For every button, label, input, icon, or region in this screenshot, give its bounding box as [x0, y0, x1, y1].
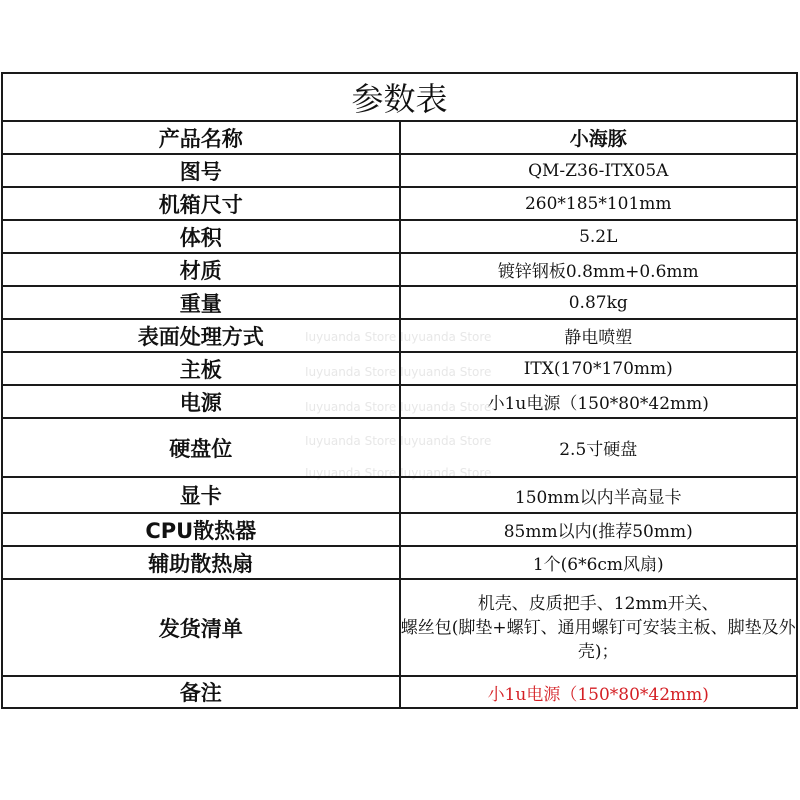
- row-value-aux-fan: 1个(6*6cm风扇): [400, 546, 798, 579]
- row-label-cpu-cooler: CPU散热器: [2, 513, 400, 546]
- table-row: 发货清单 机壳、皮质把手、12mm开关、 螺丝包(脚垫+螺钉、通用螺钉可安装主板…: [2, 579, 797, 676]
- row-value-product-name: 小海豚: [400, 121, 798, 154]
- row-label-surface-treatment: 表面处理方式: [2, 319, 400, 352]
- row-value-remarks: 小1u电源（150*80*42mm): [400, 676, 798, 708]
- table-row: CPU散热器 85mm以内(推荐50mm): [2, 513, 797, 546]
- row-label-package-contents: 发货清单: [2, 579, 400, 676]
- row-value-volume: 5.2L: [400, 220, 798, 253]
- row-label-case-size: 机箱尺寸: [2, 187, 400, 220]
- table-row: 材质 镀锌钢板0.8mm+0.6mm: [2, 253, 797, 286]
- row-label-volume: 体积: [2, 220, 400, 253]
- row-value-case-size: 260*185*101mm: [400, 187, 798, 220]
- spec-table: 参数表 产品名称 小海豚 图号 QM-Z36-ITX05A 机箱尺寸 260*1…: [1, 72, 798, 709]
- row-value-surface-treatment: 静电喷塑: [400, 319, 798, 352]
- table-row: 产品名称 小海豚: [2, 121, 797, 154]
- table-row: 体积 5.2L: [2, 220, 797, 253]
- title-row: 参数表: [2, 73, 797, 121]
- row-label-model-number: 图号: [2, 154, 400, 187]
- row-label-remarks: 备注: [2, 676, 400, 708]
- table-row: 主板 ITX(170*170mm): [2, 352, 797, 385]
- row-value-drive-bay: 2.5寸硬盘: [400, 418, 798, 477]
- table-row: 图号 QM-Z36-ITX05A: [2, 154, 797, 187]
- table-title: 参数表: [2, 73, 797, 121]
- table-row: 电源 小1u电源（150*80*42mm): [2, 385, 797, 418]
- row-value-motherboard: ITX(170*170mm): [400, 352, 798, 385]
- package-contents-line-2: 螺丝包(脚垫+螺钉、通用螺钉可安装主板、脚垫及外壳)；: [401, 616, 797, 664]
- row-label-material: 材质: [2, 253, 400, 286]
- row-label-power-supply: 电源: [2, 385, 400, 418]
- table-row: 重量 0.87kg: [2, 286, 797, 319]
- package-contents-line-1: 机壳、皮质把手、12mm开关、: [401, 592, 797, 616]
- table-row: 表面处理方式 静电喷塑: [2, 319, 797, 352]
- table-row: 辅助散热扇 1个(6*6cm风扇): [2, 546, 797, 579]
- table-row: 硬盘位 2.5寸硬盘: [2, 418, 797, 477]
- row-label-motherboard: 主板: [2, 352, 400, 385]
- row-value-graphics-card: 150mm以内半高显卡: [400, 477, 798, 513]
- row-label-product-name: 产品名称: [2, 121, 400, 154]
- table-row: 机箱尺寸 260*185*101mm: [2, 187, 797, 220]
- table-row: 备注 小1u电源（150*80*42mm): [2, 676, 797, 708]
- row-label-aux-fan: 辅助散热扇: [2, 546, 400, 579]
- row-label-drive-bay: 硬盘位: [2, 418, 400, 477]
- table-row: 显卡 150mm以内半高显卡: [2, 477, 797, 513]
- row-value-cpu-cooler: 85mm以内(推荐50mm): [400, 513, 798, 546]
- row-value-package-contents: 机壳、皮质把手、12mm开关、 螺丝包(脚垫+螺钉、通用螺钉可安装主板、脚垫及外…: [400, 579, 798, 676]
- row-label-graphics-card: 显卡: [2, 477, 400, 513]
- row-label-weight: 重量: [2, 286, 400, 319]
- row-value-material: 镀锌钢板0.8mm+0.6mm: [400, 253, 798, 286]
- row-value-power-supply: 小1u电源（150*80*42mm): [400, 385, 798, 418]
- row-value-weight: 0.87kg: [400, 286, 798, 319]
- row-value-model-number: QM-Z36-ITX05A: [400, 154, 798, 187]
- spec-table-container: 参数表 产品名称 小海豚 图号 QM-Z36-ITX05A 机箱尺寸 260*1…: [1, 72, 798, 709]
